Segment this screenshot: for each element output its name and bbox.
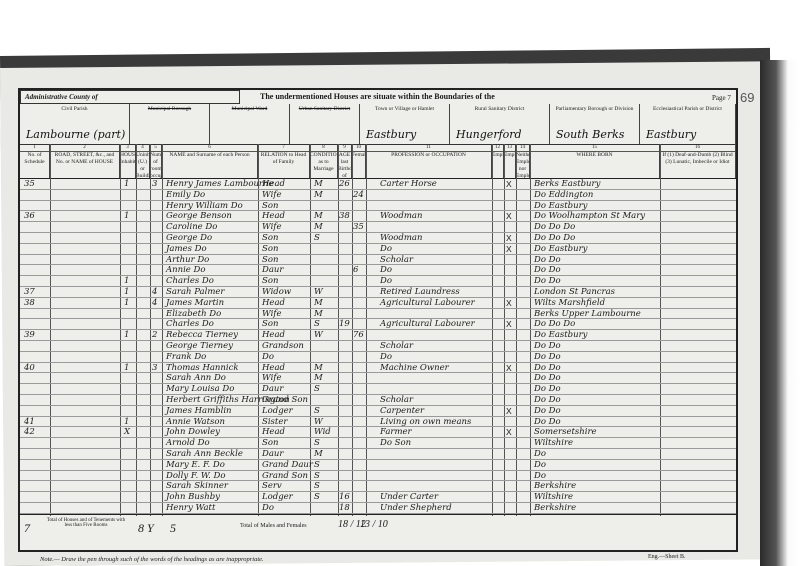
boundary-field-label: Town or Village or Hamlet [360,106,449,112]
cell-relation: Son [262,244,278,254]
cell-condition: M [314,211,323,221]
cell-relation: Grandson [262,341,304,351]
census-form: Administrative County of The undermentio… [18,88,738,552]
cell-relation: Son [262,276,278,286]
cell-occupation: Do [380,276,392,286]
cell-name: Caroline Do [166,222,217,232]
boundary-field-label: Urban Sanitary District [290,106,359,112]
cell-name: Rebecca Tierney [166,330,238,340]
column-number: 1 [20,144,49,152]
boundary-fields: Civil ParishLambourne (part)Municipal Bo… [20,104,736,145]
cell-name: Arthur Do [166,255,209,265]
cell-relation: Daur [262,265,283,275]
column-heading: 9AGE last Birthday of Males [338,144,352,178]
cell-born: Do Do [534,276,561,286]
cell-condition: M [314,298,323,308]
column-number: 7 [258,144,309,152]
column-number: 13 [504,144,515,152]
cell-born: Do Do [534,384,561,394]
boundary-field-value: Eastbury [646,128,696,141]
column-label: Employer [492,152,504,158]
cell-occupation: Agricultural Labourer [380,319,475,329]
column-heading: 12Employer [492,144,504,178]
cell-occupation: Scholar [380,341,413,351]
column-number: 11 [366,144,491,152]
cell-condition: M [314,373,323,383]
boundary-field: Town or Village or HamletEastbury [360,104,450,144]
boundary-field: Ecclesiastical Parish or DistrictEastbur… [640,104,736,144]
cell-name: Henry Watt [166,503,215,513]
tenements-total-value: 5 [170,521,176,536]
cell-condition: Wid [314,427,331,437]
page-label: Page 7 [712,94,731,102]
cell-relation: Widow [262,287,291,297]
column-number: 14 [516,144,529,152]
cell-relation: Daur [262,384,283,394]
cell-relation: Head [262,330,285,340]
column-label: HOUSES Inhabited [120,152,136,165]
cell-schedule: 36 [24,211,35,221]
cell-employed: X [506,179,512,189]
column-number: 9 [338,144,351,152]
cell-age-f: 35 [353,222,364,232]
cell-born: Do Woolhampton St Mary [534,211,645,221]
column-label: No. of Schedule [24,152,44,165]
cell-name: George Benson [166,211,232,221]
cell-employed: X [506,298,512,308]
boundaries-heading: The undermentioned Houses are situate wi… [260,92,495,101]
cell-born: Berkshire [534,481,576,491]
cell-born: Do Do [534,417,561,427]
cell-born: Do [534,449,546,459]
scan-edge [760,60,800,566]
column-heading: 15WHERE BORN [530,144,660,178]
column-label: Uninhabited (U.) or Building (B.) [136,152,150,178]
cell-employed: X [506,427,512,437]
cell-relation: Son [262,201,278,211]
cell-born: Do Do [534,406,561,416]
cell-occupation: Living on own means [380,417,471,427]
cell-condition: S [314,460,320,470]
cell-employed: X [506,244,512,254]
cell-condition: W [314,287,323,297]
cell-born: Do [534,471,546,481]
column-heading: 1No. of Schedule [20,144,50,178]
boundary-field: Parliamentary Borough or DivisionSouth B… [550,104,640,144]
cell-relation: Head [262,179,285,189]
boundary-field-label: Parliamentary Borough or Division [550,106,639,112]
cell-employed: X [506,319,512,329]
boundary-field-value: Eastbury [366,128,416,141]
cell-name: Mary Louisa Do [166,384,234,394]
cell-condition: M [314,179,323,189]
houses-total-value: 8 Y [138,521,154,536]
cell-born: Do Eddington [534,190,593,200]
cell-occupation: Under Carter [380,492,438,502]
persons-total-label: Total of Males and Females [240,523,307,529]
boundary-field-label: Municipal Borough [130,106,209,112]
females-total: 13 / 10 [360,519,388,530]
cell-condition: S [314,319,320,329]
cell-employed: X [506,211,512,221]
cell-born: Somersetshire [534,427,597,437]
cell-rooms: 4 [152,287,157,297]
cell-born: Do Do Do [534,222,575,232]
column-label: AGE last Birthday of Males [338,152,352,178]
column-number: 8 [310,144,337,152]
cell-condition: M [314,449,323,459]
cell-relation: Grand Son [262,471,308,481]
cell-born: Do Do [534,265,561,275]
cell-inhabited: 1 [124,211,129,221]
cell-name: Annie Watson [166,417,225,427]
column-number: 5 [150,144,161,152]
cell-condition: S [314,492,320,502]
boundary-field: Rural Sanitary DistrictHungerford [450,104,550,144]
boundary-field: Municipal Ward [210,104,290,144]
cell-born: Do Eastbury [534,330,587,340]
cell-schedule: 40 [24,363,35,373]
cell-condition: S [314,233,320,243]
cell-age-m: 19 [339,319,350,329]
cell-name: Sarah Ann Do [166,373,226,383]
cell-name: James Do [166,244,207,254]
cell-occupation: Machine Owner [380,363,449,373]
cell-born: Do Do [534,255,561,265]
houses-total-label: Total of Houses and of Tenements with le… [46,518,126,528]
admin-county-label: Administrative County of [20,90,240,104]
cell-name: Frank Do [166,352,206,362]
cell-relation: Wife [262,373,281,383]
column-heading: 3HOUSES Inhabited [120,144,136,178]
cell-relation: Sister [262,417,287,427]
census-row: Henry WattDo18Under ShepherdBerkshire [20,502,736,514]
cell-occupation: Farmer [380,427,412,437]
boundary-field-label: Municipal Ward [210,106,289,112]
cell-relation: Head [262,211,285,221]
cell-name: Sarah Ann Beckle [166,449,243,459]
cell-occupation: Do [380,265,392,275]
cell-born: Do Eastbury [534,201,587,211]
cell-relation: Daur [262,449,283,459]
boundary-field: Civil ParishLambourne (part) [20,104,130,144]
cell-born: Berks Upper Lambourne [534,309,641,319]
cell-employed: X [506,406,512,416]
cell-occupation: Woodman [380,211,422,221]
column-heading: 4Uninhabited (U.) or Building (B.) [136,144,150,178]
cell-inhabited: 1 [124,179,129,189]
column-number: 15 [530,144,659,152]
cell-name: Mary E. F. Do [166,460,225,470]
column-number: 16 [660,144,735,152]
column-heading: 16If (1) Deaf-and-Dumb (2) Blind (3) Lun… [660,144,736,178]
cell-employed: X [506,363,512,373]
column-number: 6 [162,144,257,152]
cell-occupation: Do [380,244,392,254]
cell-relation: Grand Son [262,395,308,405]
cell-relation: Lodger [262,492,293,502]
cell-born: Wiltshire [534,492,573,502]
cell-schedule: 37 [24,287,35,297]
cell-occupation: Agricultural Labourer [380,298,475,308]
column-number: 2 [50,144,119,152]
column-number: 12 [492,144,503,152]
column-label: Females [352,152,366,158]
cell-condition: S [314,384,320,394]
cell-rooms: 2 [152,330,157,340]
column-number: 10 [352,144,365,152]
cell-name: Annie Do [166,265,205,275]
cell-age-m: 16 [339,492,350,502]
cell-born: Berkshire [534,503,576,513]
column-heading: 2ROAD, STREET, &c., and No. or NAME of H… [50,144,120,178]
cell-relation: Wife [262,222,281,232]
cell-name: Charles Do [166,276,214,286]
cell-occupation: Scholar [380,395,413,405]
cell-occupation: Woodman [380,233,422,243]
cell-inhabited: 1 [124,298,129,308]
cell-rooms: 4 [152,298,157,308]
cell-occupation: Retired Laundress [380,287,460,297]
boundary-field-label: Civil Parish [20,106,129,112]
column-heading: 13Employed [504,144,516,178]
cell-born: Do Do [534,363,561,373]
boundary-field-value: South Berks [556,128,624,141]
cell-name: Emily Do [166,190,205,200]
page-number-stamp: 69 [740,90,754,105]
column-label: RELATION to Head of Family [261,152,307,165]
cell-born: Do Eastbury [534,244,587,254]
cell-born: Do Do [534,373,561,383]
cell-condition: S [314,471,320,481]
cell-condition: S [314,406,320,416]
column-heading: 14Neither Employer nor Employed [516,144,530,178]
cell-condition: S [314,481,320,491]
boundary-field-label: Rural Sanitary District [450,106,549,112]
cell-born: Do Do [534,341,561,351]
cell-condition: S [314,438,320,448]
cell-born: Do Do [534,352,561,362]
census-entries: 3513Henry James LambourneHeadM26Carter H… [20,178,736,514]
cell-relation: Do [262,503,274,513]
cell-inhabited: 1 [124,287,129,297]
cell-condition: W [314,330,323,340]
cell-employed: X [506,233,512,243]
column-label: WHERE BORN [576,152,612,158]
column-heading: 8CONDITION as to Marriage [310,144,338,178]
cell-age-m: 18 [339,503,350,513]
cell-born: Do Do [534,395,561,405]
cell-rooms: 3 [152,179,157,189]
cell-occupation: Do [380,352,392,362]
cell-rooms: 3 [152,363,157,373]
cell-name: Sarah Palmer [166,287,224,297]
totals-row: 7 Total of Houses and of Tenements with … [20,514,736,551]
margin-mark: 7 [24,521,30,536]
cell-name: George Tierney [166,341,233,351]
cell-born: Wilts Marshfield [534,298,605,308]
cell-relation: Son [262,319,278,329]
cell-born: Do Do Do [534,233,575,243]
cell-condition: M [314,190,323,200]
cell-occupation: Carpenter [380,406,424,416]
boundary-field: Municipal Borough [130,104,210,144]
footnote: Note.— Draw the pen through such of the … [40,556,264,563]
column-label: CONDITION as to Marriage [310,152,338,172]
cell-age-f: 24 [353,190,364,200]
cell-name: James Hamblin [166,406,232,416]
page-margin-top [0,0,800,56]
cell-name: Arnold Do [166,438,210,448]
cell-age-f: 76 [353,330,364,340]
column-label: Number of rooms occupied if less than fi… [150,152,162,178]
cell-occupation: Scholar [380,255,413,265]
cell-relation: Head [262,363,285,373]
column-number: 4 [136,144,149,152]
cell-name: Henry James Lambourne [166,179,274,189]
column-label: ROAD, STREET, &c., and No. or NAME of HO… [55,152,115,165]
cell-relation: Do [262,352,274,362]
cell-schedule: 35 [24,179,35,189]
cell-inhabited: 1 [124,276,129,286]
column-label: PROFESSION or OCCUPATION [391,152,466,158]
cell-name: John Bushby [166,492,220,502]
boundary-field-value: Lambourne (part) [26,128,125,141]
cell-name: Sarah Skinner [166,481,228,491]
cell-relation: Wife [262,309,281,319]
column-heading: 10Females [352,144,366,178]
cell-schedule: 41 [24,417,35,427]
cell-inhabited: X [124,427,130,437]
cell-name: Thomas Hannick [166,363,239,373]
column-heading: 11PROFESSION or OCCUPATION [366,144,492,178]
boundary-field-label: Ecclesiastical Parish or District [640,106,735,112]
cell-name: Henry William Do [166,201,243,211]
cell-born: Do [534,460,546,470]
column-heading: 6NAME and Surname of each Person [162,144,258,178]
cell-relation: Son [262,255,278,265]
cell-relation: Son [262,438,278,448]
cell-age-f: 6 [353,265,358,275]
cell-born: Berks Eastbury [534,179,600,189]
cell-relation: Wife [262,190,281,200]
cell-inhabited: 1 [124,363,129,373]
boundary-field: Urban Sanitary District [290,104,360,144]
cell-schedule: 38 [24,298,35,308]
cell-condition: M [314,222,323,232]
cell-inhabited: 1 [124,417,129,427]
cell-occupation: Do Son [380,438,411,448]
cell-relation: Grand Daur [262,460,313,470]
column-label: NAME and Surname of each Person [169,152,249,158]
cell-condition: M [314,363,323,373]
cell-inhabited: 1 [124,330,129,340]
cell-name: John Dowley [166,427,220,437]
cell-relation: Lodger [262,406,293,416]
cell-name: George Do [166,233,212,243]
sheet-label: Eng.—Sheet B. [648,554,686,560]
cell-age-m: 38 [339,211,350,221]
cell-born: London St Pancras [534,287,615,297]
column-heading: 7RELATION to Head of Family [258,144,310,178]
cell-name: James Martin [166,298,224,308]
cell-born: Do Do Do [534,319,575,329]
cell-condition: W [314,417,323,427]
column-label: Neither Employer nor Employed [516,152,530,178]
cell-name: Elizabeth Do [166,309,221,319]
cell-schedule: 42 [24,427,35,437]
cell-relation: Son [262,233,278,243]
cell-born: Wiltshire [534,438,573,448]
column-number: 3 [120,144,135,152]
cell-relation: Head [262,298,285,308]
column-label: Employed [504,152,516,158]
cell-occupation: Carter Horse [380,179,437,189]
cell-name: Dolly F. W. Do [166,471,225,481]
cell-relation: Head [262,427,285,437]
cell-condition: M [314,309,323,319]
cell-relation: Serv [262,481,282,491]
cell-occupation: Under Shepherd [380,503,452,513]
column-label: If (1) Deaf-and-Dumb (2) Blind (3) Lunat… [662,152,732,165]
boundary-field-value: Hungerford [456,128,522,141]
column-heading: 5Number of rooms occupied if less than f… [150,144,162,178]
cell-name: Charles Do [166,319,214,329]
column-headings: 1No. of Schedule2ROAD, STREET, &c., and … [20,144,736,179]
cell-age-m: 26 [339,179,350,189]
cell-schedule: 39 [24,330,35,340]
